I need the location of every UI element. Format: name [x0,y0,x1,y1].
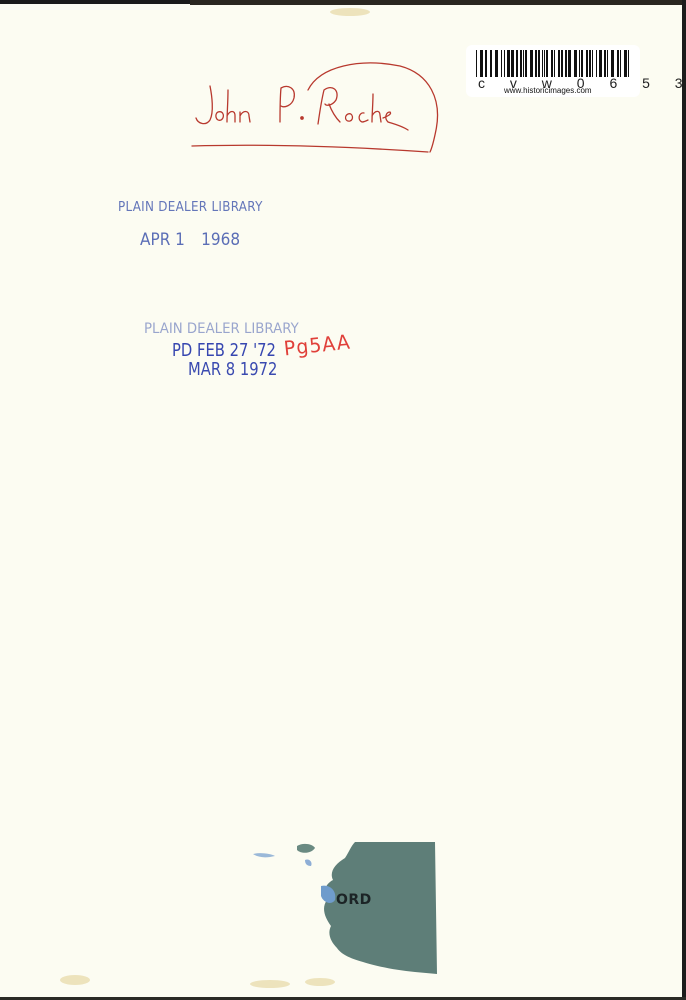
barcode-icon [476,50,632,77]
scan-edge-right [682,0,686,1000]
scan-edge-top [190,0,686,5]
library-stamp-title: PLAIN DEALER LIBRARY [144,321,299,337]
sticker-text: ORD [336,892,372,908]
library-stamp-date: MAR 8 1972 [188,359,277,380]
age-stain [60,975,90,985]
signature [180,60,450,160]
age-stain [305,978,335,986]
stamp-date-day: APR 1 [140,230,185,250]
library-stamp-date: PD FEB 27 '72 [172,340,276,361]
sticker-remnant [245,838,445,978]
library-stamp-title: PLAIN DEALER LIBRARY [118,200,263,215]
stamp-date-year: 1968 [201,230,240,250]
age-stain [330,8,370,16]
barcode-url: www.historicimages.com [504,86,592,95]
age-stain [250,980,290,988]
barcode-label: c v w 0 6 5 3 8 www.historicimages.com [466,45,640,97]
library-stamp-date: APR 11968 [140,230,240,250]
